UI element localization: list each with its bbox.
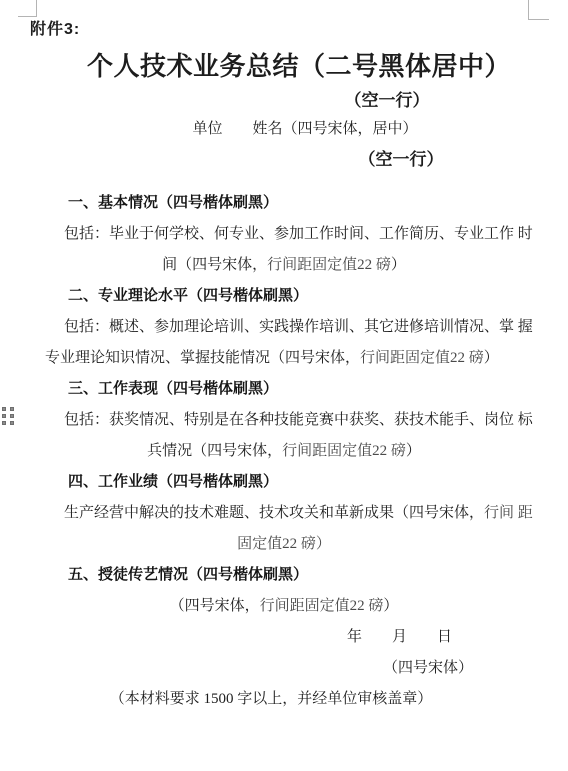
kaiti-text-run: 行间距固定值22 磅 — [282, 443, 406, 459]
section-1-line-2: 间（四号宋体，行间距固定值22 磅） — [45, 250, 523, 281]
document-page: 附件3: 个人技术业务总结（二号黑体居中） （空一行） 单位 姓名（四号宋体，居… — [0, 0, 568, 771]
text-run: 间（四号宋体， — [162, 257, 267, 273]
document-title: 个人技术业务总结（二号黑体居中） — [60, 50, 538, 82]
kaiti-text-run: 固定值22 磅） — [237, 536, 331, 552]
attachment-label: 附件3: — [30, 20, 523, 40]
kaiti-text-run: 行间距固定值22 磅 — [267, 257, 391, 273]
section-3-line-1: 包括：获奖情况、特别是在各种技能竞赛中获奖、获技术能手、岗位 标 — [45, 405, 523, 436]
section-4-line-1: 生产经营中解决的技术难题、技术攻关和革新成果（四号宋体，行间 距 — [45, 498, 523, 529]
font-note: （四号宋体） — [45, 653, 523, 684]
section-5-line-1: （四号宋体，行间距固定值22 磅） — [45, 591, 523, 622]
section-4-heading: 四、工作业绩（四号楷体刷黑） — [45, 467, 523, 498]
unit-name-line: 单位 姓名（四号宋体，居中） — [66, 114, 544, 144]
document-body: 一、基本情况（四号楷体刷黑） 包括：毕业于何学校、何专业、参加工作时间、工作简历… — [45, 188, 523, 715]
text-run: 专业理论知识情况、掌握技能情况（四号宋体， — [45, 350, 360, 366]
text-run: 包括：获奖情况、特别是在各种技能竞赛中获奖、获技术能手、岗位 标 — [64, 412, 533, 428]
left-margin-dots-icon — [2, 407, 14, 426]
footer-note: （本材料要求 1500 字以上，并经单位审核盖章） — [32, 684, 510, 715]
margin-crop-mark-top-left-icon — [18, 0, 37, 17]
section-2-heading: 二、专业理论水平（四号楷体刷黑） — [45, 281, 523, 312]
section-5-heading: 五、授徒传艺情况（四号楷体刷黑） — [45, 560, 523, 591]
section-1-heading: 一、基本情况（四号楷体刷黑） — [45, 188, 523, 219]
blank-line-note-1: （空一行） — [148, 88, 568, 114]
kaiti-text-run: 行间距固定值22 磅 — [260, 598, 384, 614]
section-2-line-2: 专业理论知识情况、掌握技能情况（四号宋体，行间距固定值22 磅） — [45, 343, 523, 374]
text-run: ） — [484, 350, 499, 366]
text-run: （四号宋体， — [170, 598, 260, 614]
section-2-line-1: 包括：概述、参加理论培训、实践操作培训、其它进修培训情况、掌 握 — [45, 312, 523, 343]
text-run: ） — [391, 257, 406, 273]
text-run: 生产经营中解决的技术难题、技术攻关和革新成果（四号宋体， — [64, 505, 484, 521]
text-run: ） — [406, 443, 421, 459]
section-1-line-1: 包括：毕业于何学校、何专业、参加工作时间、工作简历、专业工作 时 — [45, 219, 523, 250]
blank-line-note-2: （空一行） — [162, 144, 568, 175]
date-line: 年 月 日 — [45, 622, 523, 653]
kaiti-text-run: 行间 距 — [484, 505, 533, 521]
document-content: 附件3: 个人技术业务总结（二号黑体居中） （空一行） 单位 姓名（四号宋体，居… — [45, 0, 523, 715]
text-run: 包括：概述、参加理论培训、实践操作培训、其它进修培训情况、掌 握 — [64, 319, 533, 335]
text-run: ） — [383, 598, 398, 614]
margin-crop-mark-top-right-icon — [528, 0, 549, 20]
section-4-line-2: 固定值22 磅） — [45, 529, 523, 560]
kaiti-text-run: 行间距固定值22 磅 — [360, 350, 484, 366]
section-3-line-2: 兵情况（四号宋体，行间距固定值22 磅） — [45, 436, 523, 467]
text-run: 兵情况（四号宋体， — [147, 443, 282, 459]
section-3-heading: 三、工作表现（四号楷体刷黑） — [45, 374, 523, 405]
text-run: 包括：毕业于何学校、何专业、参加工作时间、工作简历、专业工作 时 — [64, 226, 533, 242]
